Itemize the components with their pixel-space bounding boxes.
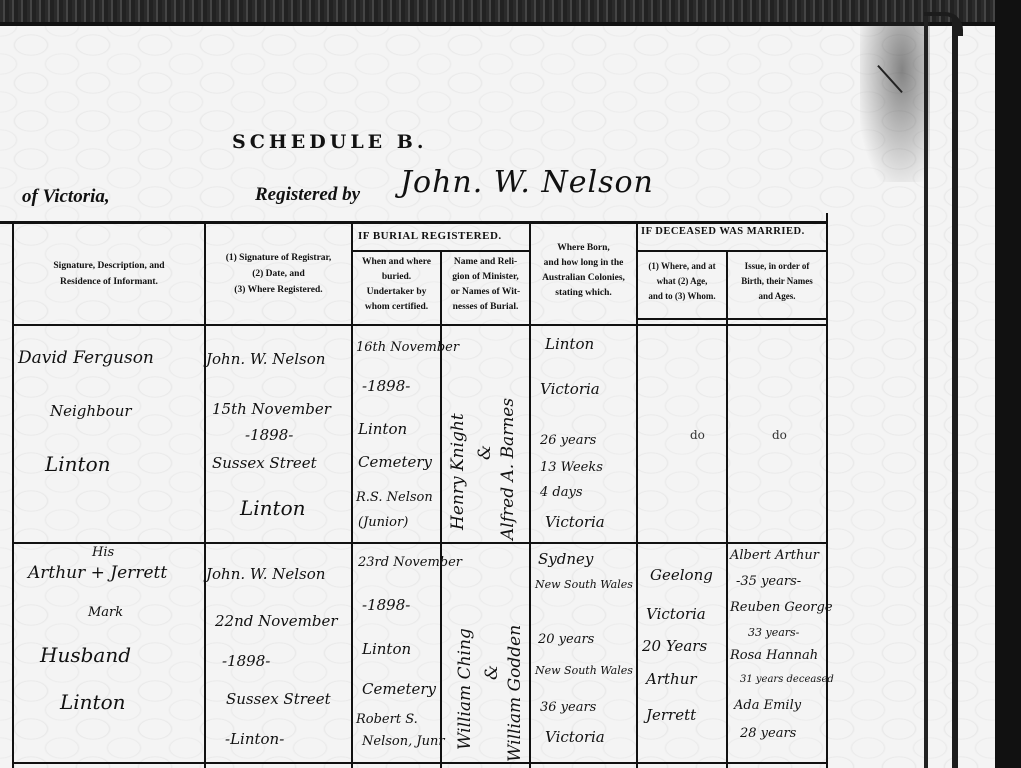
undertaker-suffix: Nelson, Junr [362,734,445,749]
child-4-age: 28 years [740,726,796,741]
header-registrar: (1) Signature of Registrar, (2) Date, an… [206,250,351,298]
duration-days: 4 days [540,485,583,500]
duration-years-2: 36 years [540,700,596,715]
header-burial-when-where: When and where buried. Undertaker by who… [353,255,440,315]
header-married-where: (1) Where, and at what (2) Age, and to (… [638,259,726,304]
burial-witness-joiner: & [475,445,495,460]
burial-date: 16th November [356,340,459,355]
birthplace-colony: Victoria [540,380,600,398]
registered-by-label: Registered by [255,184,360,206]
residence-colony-2: Victoria [545,728,605,746]
burial-place: Linton [362,640,411,658]
header-issue: Issue, in order of Birth, their Names an… [728,259,826,304]
burial-date: 23rd November [358,555,462,570]
child-3-age: 31 years deceased [740,674,834,685]
schedule-title: SCHEDULE B. [232,131,427,153]
residence-colony: Victoria [545,513,605,531]
undertaker-suffix: (Junior) [358,515,408,530]
burial-witness-1: Henry Knight [448,413,468,530]
residence-colony-1: New South Wales [535,664,633,677]
registrar-signature: John. W. Nelson [400,165,654,200]
header-burial-minister: Name and Reli- gion of Minister, or Name… [442,255,529,315]
informant-residence: Linton [60,690,126,714]
registration-place-street: Sussex Street [226,690,331,708]
registration-year: -1898- [222,652,270,670]
register-page [0,22,995,768]
page-fold-line [924,14,928,768]
informant-name: Arthur + Jerrett [28,563,167,583]
header-group-married: IF DECEASED WAS MARRIED. [641,226,805,237]
child-1-age: -35 years- [736,574,801,589]
burial-cemetery: Cemetery [358,453,432,471]
header-group-burial: IF BURIAL REGISTERED. [358,230,502,242]
marriage-place-town: Geelong [650,566,713,584]
birthplace-town: Sydney [538,550,593,568]
duration-years: 26 years [540,433,596,448]
burial-place: Linton [358,420,407,438]
header-where-born: Where Born, and how long in the Australi… [531,241,636,301]
marriage-age: 20 Years [642,637,707,655]
informant-residence: Linton [45,452,111,476]
registration-date: 15th November [212,400,331,418]
spouse-first-name: Arthur [646,670,697,688]
burial-year: -1898- [362,596,410,614]
duration-years-1: 20 years [538,632,594,647]
child-1-name: Albert Arthur [730,548,819,563]
registration-place-town: -Linton- [225,730,284,748]
page-edge-line [952,14,958,768]
spouse-surname: Jerrett [646,706,696,724]
birthplace-colony: New South Wales [535,578,633,591]
scan-background-right [995,0,1021,768]
registrar-signature-cell: John. W. Nelson [206,350,325,368]
registration-year: -1898- [245,426,293,444]
page-stain [860,22,930,182]
burial-witness-joiner: & [482,665,502,680]
child-4-name: Ada Emily [734,698,801,713]
child-2-age: 33 years- [748,626,799,639]
burial-witness-1: William Ching [455,628,475,750]
header-informant: Signature, Description, and Residence of… [14,258,204,290]
child-2-name: Reuben George [730,600,833,615]
duration-weeks: 13 Weeks [540,460,603,475]
registration-date: 22nd November [215,612,338,630]
marriage-place-colony: Victoria [646,605,706,623]
child-3-name: Rosa Hannah [730,648,818,663]
informant-description: Neighbour [50,402,132,420]
colony-label: of Victoria, [22,186,110,208]
ditto-mark-issue: do [772,428,787,442]
birthplace-town: Linton [545,335,594,353]
undertaker-name: Robert S. [356,712,418,727]
burial-witness-2: William Godden [505,625,525,762]
informant-mark-label: Mark [88,605,123,620]
burial-witness-2: Alfred A. Barnes [498,398,518,540]
informant-description: Husband [40,643,131,667]
informant-prefix: His [92,545,114,560]
burial-cemetery: Cemetery [362,680,436,698]
registration-place-street: Sussex Street [212,454,317,472]
undertaker-name: R.S. Nelson [356,490,433,505]
registrar-signature-cell: John. W. Nelson [206,565,325,583]
ditto-mark-married: do [690,428,705,442]
burial-year: -1898- [362,377,410,395]
informant-name: David Ferguson [18,348,154,368]
registration-place-town: Linton [240,496,306,520]
